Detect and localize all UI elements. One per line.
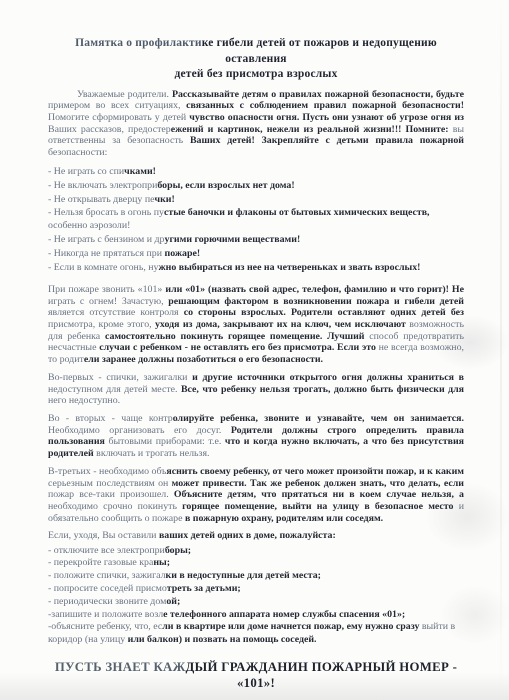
checklist-item-gas: - перекройте газовые краны; [48,557,464,569]
memo-title: Памятка о профилактике гибели детей от п… [48,36,464,83]
leaving-children-note: Если, уходя, Вы оставили ваших детей одн… [48,530,464,542]
paragraph-secondly: Во - вторых - чаще контролируйте ребенка… [48,413,464,460]
checklist-item-call-home: - периодически звоните домой; [48,596,464,608]
memo-title-line-1: Памятка о профилактике гибели детей от п… [48,36,464,67]
intro-paragraph: Уважаемые родители. Рассказывайте детям … [48,89,464,159]
rule-item-matches: - Не играть со спичками! [48,166,464,179]
rule-item-no-hiding: - Никогда не прятаться при пожаре! [48,248,464,261]
checklist-item-rescue-number: -запишите и положите возле телефонного а… [48,609,464,621]
checklist: - отключите все электроприборы; - перекр… [48,545,464,646]
paragraph-emergency-call: При пожаре звонить «101» или «01» (назва… [48,284,464,366]
paragraph-firstly: Во-первых - спички, зажигалки и другие и… [48,372,464,407]
rule-item-gasoline: - Не играть с бензином и другими горючим… [48,234,464,247]
checklist-item-neighbors: - попросите соседей присмотреть за детьм… [48,583,464,595]
rule-item-appliances: - Не включать электроприборы, если взрос… [48,180,464,193]
scanned-memo-page: Памятка о профилактике гибели детей от п… [0,0,509,700]
memo-content: Памятка о профилактике гибели детей от п… [0,0,509,691]
rules-list: - Не играть со спичками! - Не включать э… [48,166,464,275]
rule-item-stove-door: - Не открывать дверцу печки! [48,194,464,207]
checklist-item-explain-exit: -объясните ребенку, что, если в квартире… [48,621,464,646]
fire-number-footer: ПУСТЬ ЗНАЕТ КАЖДЫЙ ГРАЖДАНИН ПОЖАРНЫЙ НО… [48,659,464,691]
rule-item-crawl-out: - Если в комнате огонь, нужно выбираться… [48,262,464,275]
checklist-item-matches-away: - положите спички, зажигалки в недоступн… [48,570,464,582]
rule-item-aerosols: - Нельзя бросать в огонь пустые баночки … [48,207,464,233]
checklist-item-unplug: - отключите все электроприборы; [48,545,464,557]
memo-title-line-2: детей без присмотра взрослых [48,67,464,83]
paragraph-thirdly: В-третьих - необходимо объяснить своему … [48,466,464,525]
